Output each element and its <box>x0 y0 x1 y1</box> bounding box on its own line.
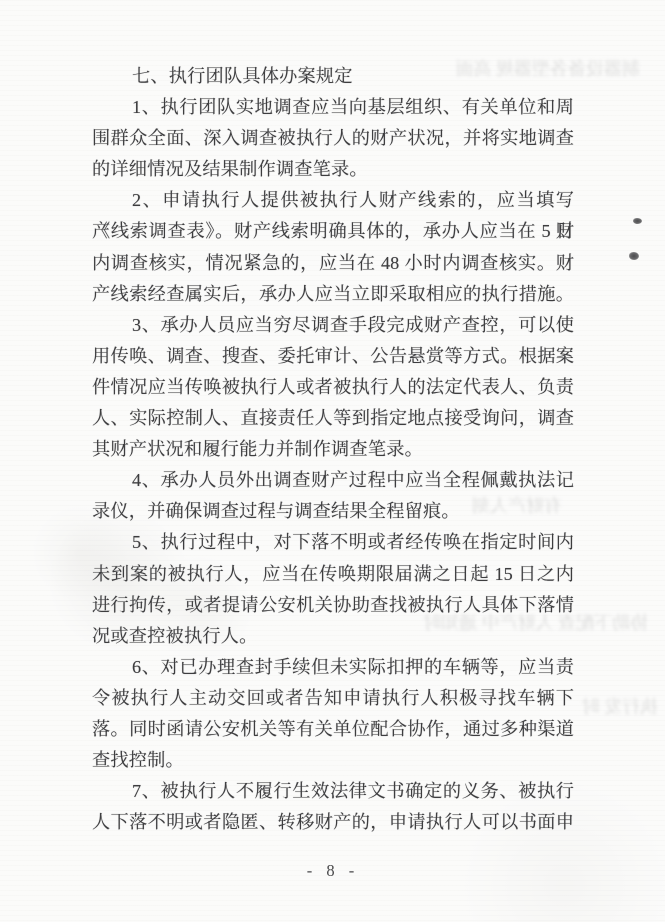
section-heading: 七、执行团队具体办案规定 <box>92 61 574 92</box>
text-line: 进行拘传，或者提请公安机关协助查找被执行人具体下落情 <box>92 590 574 621</box>
ink-speck <box>629 252 639 260</box>
text-line: 况或查控被执行人。 <box>92 621 574 652</box>
text-line: 其财产状况和履行能力并制作调查笔录。 <box>92 434 574 465</box>
text-line: 4、承办人员外出调查财产过程中应当全程佩戴执法记 <box>92 465 574 496</box>
text-line: 的详细情况及结果制作调查笔录。 <box>92 154 574 185</box>
text-line: 内调查核实，情况紧急的，应当在 48 小时内调查核实。财 <box>92 248 574 279</box>
text-line: 人、实际控制人、直接责任人等到指定地点接受询问，调查 <box>92 403 574 434</box>
text-line: 3、承办人员应当穷尽调查手段完成财产查控，可以使 <box>92 310 574 341</box>
ink-speck <box>633 218 642 224</box>
document-body: 七、执行团队具体办案规定 1、执行团队实地调查应当向基层组织、有关单位和周 围群… <box>92 61 574 838</box>
text-line: 未到案的被执行人，应当在传唤期限届满之日起 15 日之内 <box>92 559 574 590</box>
text-line: 7、被执行人不履行生效法律文书确定的义务、被执行 <box>92 776 574 807</box>
text-line: 用传唤、调查、搜查、委托审计、公告悬赏等方式。根据案 <box>92 341 574 372</box>
text-line: 令被执行人主动交回或者告知申请执行人积极寻找车辆下 <box>92 683 574 714</box>
page-number: - 8 - <box>92 857 574 885</box>
text-line: 产线索调查表》。财产线索明确具体的，承办人应当在 5 日 <box>92 216 574 247</box>
text-line: 2、申请执行人提供被执行人财产线索的，应当填写《财 <box>92 185 574 216</box>
text-line: 件情况应当传唤被执行人或者被执行人的法定代表人、负责 <box>92 372 574 403</box>
text-line: 5、执行过程中，对下落不明或者经传唤在指定时间内 <box>92 527 574 558</box>
text-line: 产线索经查属实后，承办人应当立即采取相应的执行措施。 <box>92 279 574 310</box>
text-line: 查找控制。 <box>92 745 574 776</box>
text-line: 录仪，并确保调查过程与调查结果全程留痕。 <box>92 496 574 527</box>
text-line: 6、对已办理查封手续但未实际扣押的车辆等，应当责 <box>92 652 574 683</box>
text-line: 人下落不明或者隐匿、转移财产的，申请执行人可以书面申 <box>92 807 574 838</box>
text-line: 围群众全面、深入调查被执行人的财产状况，并将实地调查 <box>92 123 574 154</box>
scanned-document-page: 制器设备各型器规 高面 有财产人刻 协助下配查 人财产中 通知时 执行发 时 七… <box>0 0 665 922</box>
text-line: 1、执行团队实地调查应当向基层组织、有关单位和周 <box>92 92 574 123</box>
text-line: 落。同时函请公安机关等有关单位配合协作，通过多种渠道 <box>92 714 574 745</box>
